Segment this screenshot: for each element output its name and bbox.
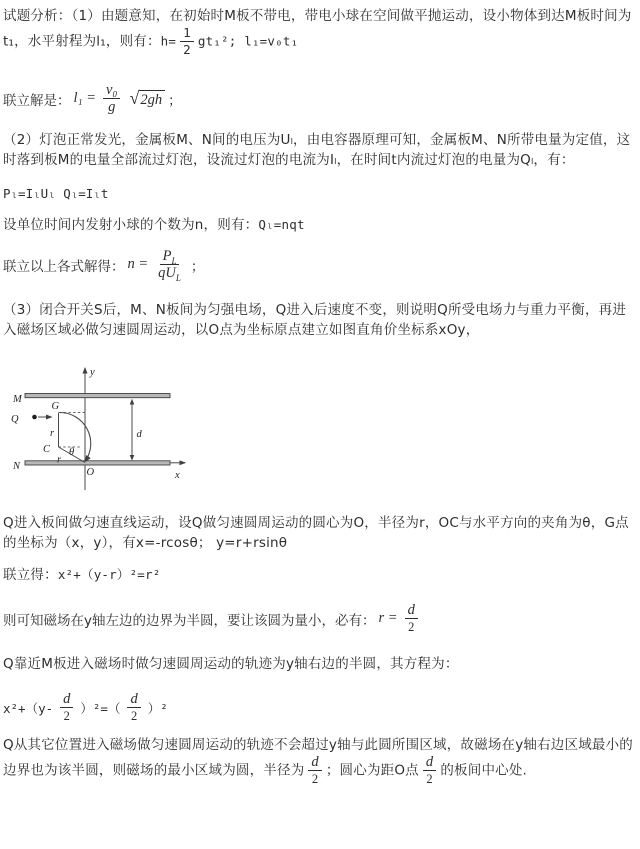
para6-lhs: r = xyxy=(379,610,398,627)
para6-text: 则可知磁场在y轴左边的边界为半圆，要让该圆为量小，必有： xyxy=(3,609,376,629)
fraction-d-over-2-a: d2 xyxy=(60,692,73,723)
fraction-one-half: 12 xyxy=(180,26,194,57)
paragraph-analysis-1: 试题分析：（1）由题意知，在初始时M板不带电，带电小球在空间做平抛运动，设小物体… xyxy=(3,6,635,57)
gap-arrow-up xyxy=(130,399,135,405)
formula-power-charge: Pₗ=IₗUₗ Qₗ=Iₗt xyxy=(3,186,635,201)
para8-seg2: ；圆心为距O点 xyxy=(326,763,419,779)
formula3-label: 联立以上各式解得： xyxy=(3,255,125,275)
fraction-d-over-2: d2 xyxy=(405,603,418,634)
fraction-v0-over-g: v₀g xyxy=(103,83,120,114)
formula3-lhs: n = xyxy=(128,256,149,273)
square-root: √2gh xyxy=(129,89,165,109)
capacitor-diagram: y M N x O Q G r C θ r xyxy=(7,362,635,501)
formula-semicircle-equation: x²+（y- d2 ）²=（ d2 ）² xyxy=(3,692,635,723)
formula-projectile: gt₁²; l₁=v₀t₁ xyxy=(198,34,298,49)
radical-sign: √ xyxy=(129,89,139,107)
fraction-d-over-2-c: d2 xyxy=(308,755,321,786)
formula1-label: 联立解是： xyxy=(3,89,71,109)
origin-label: O xyxy=(87,467,95,478)
x-axis-label: x xyxy=(174,470,180,481)
gap-d-label: d xyxy=(137,429,143,440)
denominator-sub-l: L xyxy=(176,273,181,283)
radius-label-vertical: r xyxy=(50,428,55,439)
formula5-seg1: x²+（y- xyxy=(3,699,53,717)
denominator-qu: qU xyxy=(158,265,176,281)
formula-h-equals: h= xyxy=(161,34,176,49)
y-axis-label: y xyxy=(89,367,95,378)
plate-n-label: N xyxy=(12,461,21,472)
para1-text: 试题分析：（1）由题意知，在初始时M板不带电，带电小球在空间做平抛运动，设小物体… xyxy=(3,8,632,50)
plate-n xyxy=(25,461,170,465)
theta-label: θ xyxy=(69,447,74,458)
formula5-seg2: ）²=（ xyxy=(80,699,120,717)
formula3-tail: ； xyxy=(191,255,205,275)
solution-document: 试题分析：（1）由题意知，在初始时M板不带电，带电小球在空间做平抛运动，设小物体… xyxy=(0,0,640,786)
formula1-lhs: l₁ = xyxy=(74,90,96,107)
para8-seg3: 的板间中心处. xyxy=(440,763,527,779)
fraction-d-over-2-b: d2 xyxy=(127,692,140,723)
formula4-body: x²+（y-r）²=r² xyxy=(58,567,161,582)
formula1-tail: ； xyxy=(168,89,182,109)
formula-circle-equation: 联立得：x²+（y-r）²=r² xyxy=(3,565,635,585)
para3-text: 设单位时间内发射小球的个数为n，则有： xyxy=(3,217,258,233)
formula4-label: 联立得： xyxy=(3,567,58,583)
paragraph-right-semicircle: Q靠近M板进入磁场时做匀速圆周运动的轨迹为y轴右边的半圆，其方程为： xyxy=(3,654,635,674)
plate-m-label: M xyxy=(12,394,23,405)
paragraph-balls-per-second: 设单位时间内发射小球的个数为n，则有：Qₗ=nqt xyxy=(3,215,635,235)
formula-n-result: 联立以上各式解得： n = PLqUL ； xyxy=(3,249,635,280)
radicand: 2gh xyxy=(139,90,165,109)
formula5-seg3: ）² xyxy=(148,699,168,717)
paragraph-circle-setup: Q进入板间做匀速直线运动，设Q做匀速圆周运动的圆心为O，半径为r，OC与水平方向… xyxy=(3,513,635,553)
gap-arrow-down xyxy=(130,455,135,461)
paragraph-analysis-2: （2）灯泡正常发光，金属板M、N间的电压为Uₗ，由电容器原理可知，金属板M、N所… xyxy=(3,130,635,170)
fraction-pl-over-qul: PLqUL xyxy=(155,249,184,280)
diagram-svg: y M N x O Q G r C θ r xyxy=(7,362,197,497)
paragraph-min-radius: 则可知磁场在y轴左边的边界为半圆，要让该圆为量小，必有： r = d2 xyxy=(3,603,635,634)
paragraph-conclusion: Q从其它位置进入磁场做匀速圆周运动的轨迹不会超过y轴与此圆所围区域，故磁场在y轴… xyxy=(3,735,635,786)
formula-range-result: 联立解是： l₁ = v₀g √2gh ； xyxy=(3,83,635,114)
ball-q-dot xyxy=(32,415,37,420)
trajectory-arc xyxy=(59,412,91,461)
ball-q-label: Q xyxy=(11,414,19,425)
point-g-label: G xyxy=(52,401,60,412)
paragraph-analysis-3: （3）闭合开关S后，M、N板间为匀强电场，Q进入后速度不变，则说明Q所受电场力与… xyxy=(3,300,635,340)
fraction-d-over-2-d: d2 xyxy=(423,755,436,786)
formula-ql-nqt: Qₗ=nqt xyxy=(258,217,304,232)
plate-m xyxy=(25,394,170,398)
center-c-label: C xyxy=(43,444,51,455)
